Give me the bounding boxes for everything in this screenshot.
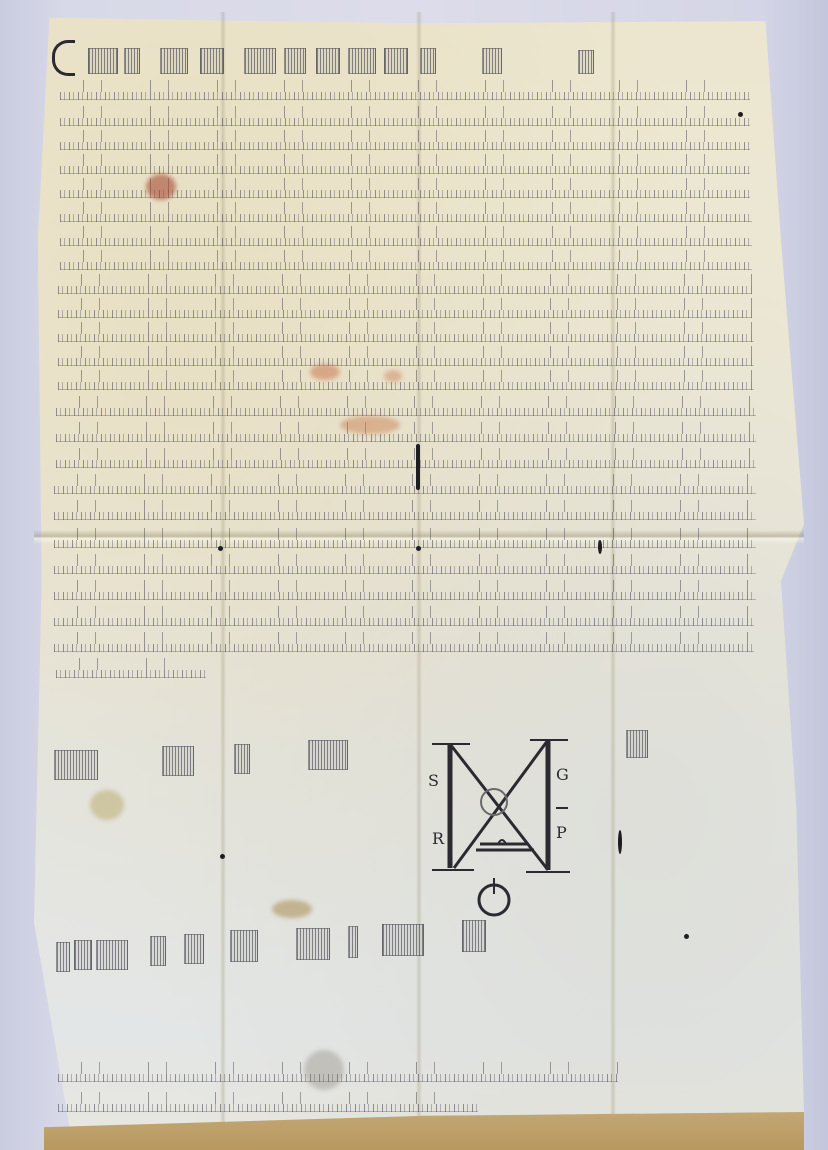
stain	[272, 900, 312, 918]
decorated-initial	[52, 40, 75, 76]
hole	[220, 854, 225, 859]
stain	[384, 370, 402, 382]
stain	[146, 174, 176, 200]
stain	[340, 416, 400, 434]
hole	[618, 830, 622, 854]
svg-text:R: R	[432, 829, 445, 848]
hole	[218, 546, 223, 551]
tear	[416, 444, 420, 490]
hole	[416, 546, 421, 551]
royal-monogram: S R G P	[418, 728, 588, 928]
hole	[738, 112, 743, 117]
stain	[90, 790, 124, 820]
svg-text:P: P	[556, 823, 567, 842]
hole	[684, 934, 689, 939]
svg-text:S: S	[428, 771, 439, 790]
hole	[598, 540, 602, 554]
stain	[304, 1050, 344, 1090]
svg-text:G: G	[556, 765, 569, 784]
stain	[310, 364, 340, 380]
